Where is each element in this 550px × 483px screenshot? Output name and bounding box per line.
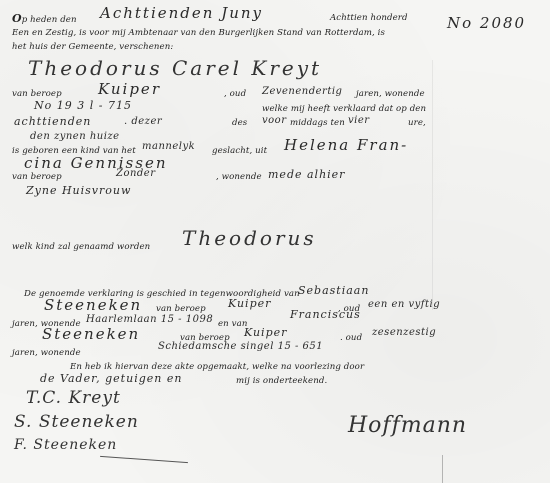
- signature-official: Hoffmann: [348, 413, 467, 438]
- witness1-first-name: Sebastiaan: [298, 284, 369, 297]
- signature-witness1: S. Steeneken: [14, 412, 139, 432]
- fold-line: [432, 60, 433, 310]
- witness2-address: Schiedamsche singel 15 - 651: [158, 341, 323, 352]
- printed-akte: En heb ik hiervan deze akte opgemaakt, w…: [70, 362, 364, 372]
- printed-oud-3: . oud: [340, 333, 362, 343]
- mother-occupation: Zonder: [116, 168, 156, 179]
- printed-jaren-wonende-3: jaren, wonende: [12, 348, 81, 358]
- printed-op-heden: Op heden den: [12, 12, 77, 25]
- page-edge-mark: [442, 455, 443, 483]
- printed-line-3: het huis der Gemeente, verschenen:: [12, 42, 173, 52]
- printed-van-beroep: van beroep: [12, 89, 62, 99]
- printed-ondertekend: mij is onderteekend.: [236, 376, 327, 386]
- handwritten-date: Achttienden Juny: [100, 4, 263, 22]
- signature-father: T.C. Kreyt: [26, 388, 121, 408]
- witness1-occupation: Kuiper: [228, 297, 271, 310]
- birth-part-of-day: voor: [262, 115, 286, 126]
- printed-middags-ten: middags ten: [290, 118, 345, 128]
- printed-wonende: , wonende: [216, 172, 262, 182]
- printed-jaren-wonende: jaren, wonende: [356, 89, 425, 99]
- relation: Zyne Huisvrouw: [26, 184, 131, 197]
- printed-genaamd: welk kind zal genaamd worden: [12, 242, 150, 252]
- declarant-age: Zevenendertig: [262, 86, 342, 97]
- document-page: Op heden den Achttienden Juny Achttien h…: [0, 0, 550, 483]
- printed-welke-mij: welke mij heeft verklaard dat op den: [262, 104, 426, 114]
- printed-des: des: [232, 118, 247, 128]
- printed-ure: ure,: [408, 118, 426, 128]
- printed-van-beroep-2: van beroep: [12, 172, 62, 182]
- read-by: de Vader, getuigen en: [40, 372, 182, 385]
- mother-name-1: Helena Fran-: [284, 136, 408, 154]
- printed-oud: , oud: [224, 89, 246, 99]
- witness1-last-name: Steeneken: [44, 296, 142, 314]
- birth-hour: vier: [348, 115, 370, 126]
- child-sex: mannelyk: [142, 141, 195, 152]
- birth-day: achttienden: [14, 115, 91, 128]
- declarant-address: No 19 3 l - 715: [34, 99, 132, 112]
- witness1-address: Haarlemlaan 15 - 1098: [86, 314, 213, 325]
- printed-line-2: Een en Zestig, is voor mij Ambtenaar van…: [12, 28, 385, 38]
- witness2-first-name: Franciscus: [290, 308, 361, 321]
- printed-van-beroep-3: van beroep: [156, 304, 206, 314]
- child-name: Theodorus: [182, 226, 317, 250]
- witness2-last-name: Steeneken: [42, 325, 140, 343]
- birth-place: den zynen huize: [30, 131, 120, 142]
- declarant-occupation: Kuiper: [98, 80, 161, 98]
- signature-witness2: F. Steeneken: [14, 437, 117, 453]
- witness1-age: een en vyftig: [368, 299, 440, 310]
- mother-address: mede alhier: [268, 168, 345, 181]
- witness2-age: zesenzestig: [372, 327, 436, 338]
- birth-day-note: . dezer: [124, 116, 162, 127]
- declarant-name: Theodorus Carel Kreyt: [28, 56, 322, 80]
- signature-flourish: [100, 456, 188, 463]
- witness2-occupation: Kuiper: [244, 326, 287, 339]
- printed-text: p heden den: [22, 15, 77, 25]
- record-number: No 2080: [447, 14, 526, 32]
- printed-achttien-honderd: Achttien honderd: [330, 13, 408, 23]
- printed-geslacht-uit: geslacht, uit: [212, 146, 267, 156]
